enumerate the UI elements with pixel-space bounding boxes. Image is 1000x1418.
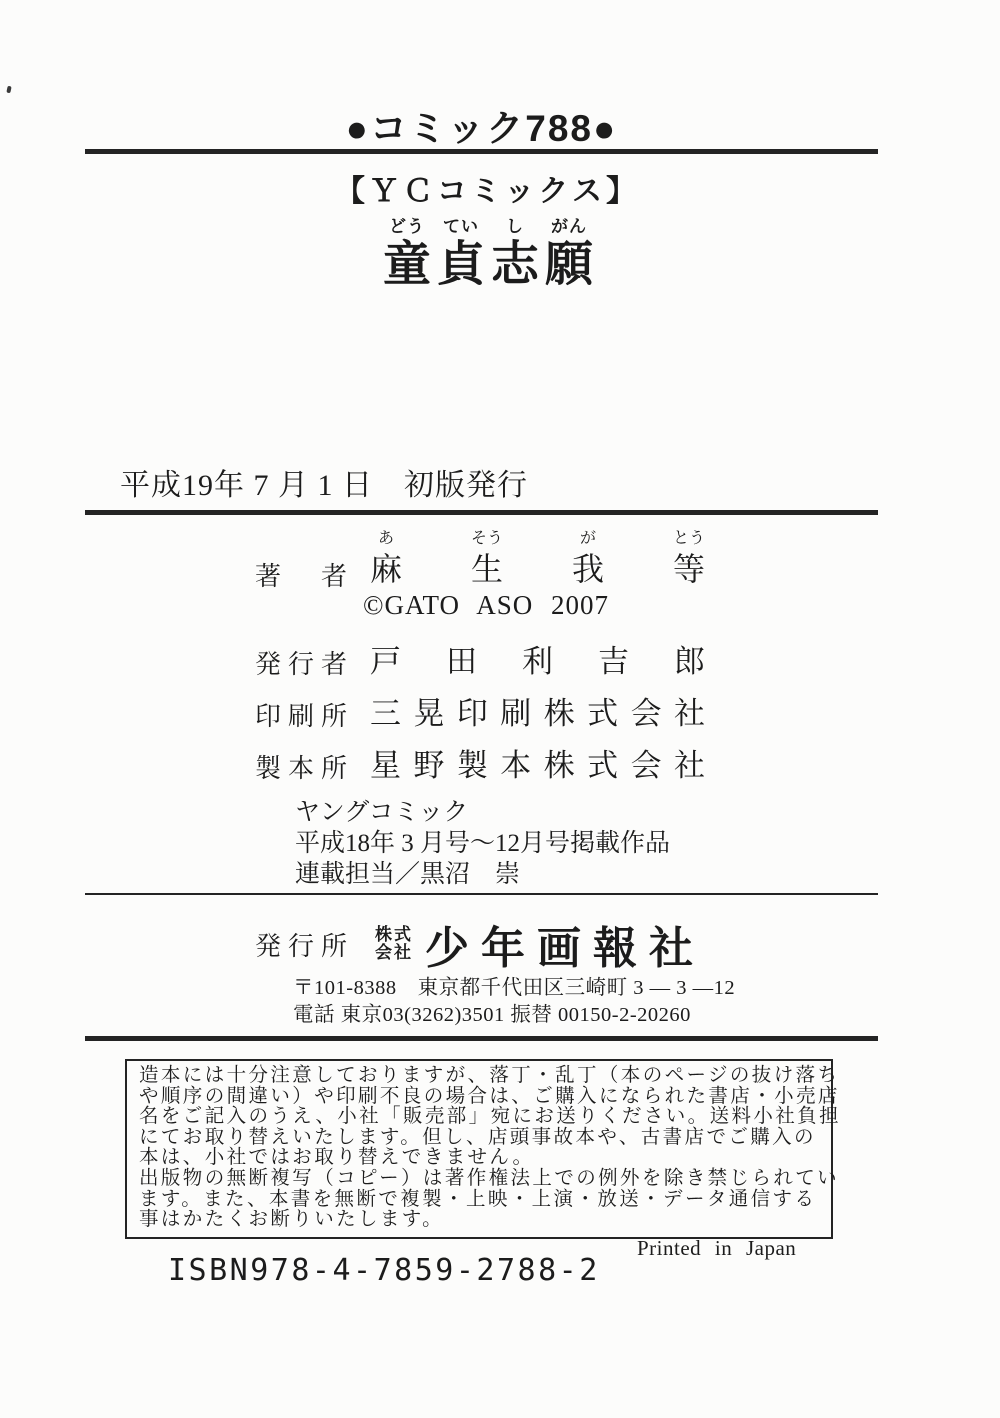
notice-line: ます。また、本書を無断で複製・上映・上演・放送・データ通信する <box>139 1190 821 1211</box>
author-char: が 我 <box>572 530 604 590</box>
corp-type-top: 株式 <box>375 926 413 944</box>
title-furigana: どう <box>389 216 425 238</box>
author-char: あ 麻 <box>370 530 402 590</box>
author-furigana: あ <box>378 530 394 548</box>
title-char: し 志 <box>491 216 539 292</box>
title-kanji: 童 <box>383 238 431 292</box>
title-kanji: 志 <box>491 238 539 292</box>
imprint-label: 【ＹＣコミックス】 <box>0 166 975 210</box>
magazine-editor: 連載担当／黒沼 崇 <box>295 859 670 890</box>
corp-type-bottom: 会社 <box>375 944 413 962</box>
author-furigana: そう <box>471 530 503 548</box>
series-label: ●コミック788● <box>0 98 963 152</box>
author-kanji: 生 <box>471 548 503 590</box>
postal-address: 〒101-8388 東京都千代田区三崎町 3 ― 3 ―12 <box>293 975 735 1002</box>
notice-line: 出版物の無断複写（コピー）は著作権法上での例外を除き禁じられてい <box>139 1169 821 1190</box>
title-kanji: 願 <box>545 238 593 292</box>
title-char: どう 童 <box>383 216 431 292</box>
author-char: とう 等 <box>673 530 705 590</box>
notice-line: 造本には十分注意しておりますが、落丁・乱丁（本のページの抜け落ち <box>139 1066 821 1087</box>
isbn-number: ISBN978-4-7859-2788-2 <box>168 1253 600 1288</box>
publisher-person-label: 発行者 <box>255 644 347 681</box>
notice-line: 事はかたくお断りいたします。 <box>139 1210 821 1231</box>
author-furigana: とう <box>673 530 705 548</box>
magazine-info: ヤングコミック 平成18年 3 月号〜12月号掲載作品 連載担当／黒沼 崇 <box>295 797 670 890</box>
divider-bottom <box>85 1036 878 1041</box>
corp-type-stack: 株式 会社 <box>375 926 413 962</box>
publishing-house-row: 発行所 株式 会社 少年画報社 <box>255 912 705 976</box>
colophon-page: ●コミック788● 【ＹＣコミックス】 どう 童 てい 貞 し 志 がん 願 平… <box>0 0 1000 1418</box>
title-furigana: てい <box>443 216 479 238</box>
publishing-house-name: 少年画報社 <box>425 912 705 976</box>
publisher-person-name: 戸田利吉郎 <box>370 636 705 681</box>
title-furigana: がん <box>551 216 587 238</box>
title-furigana: し <box>506 216 524 238</box>
author-label: 著 者 <box>255 556 347 593</box>
magazine-issues: 平成18年 3 月号〜12月号掲載作品 <box>295 828 670 859</box>
title-char: がん 願 <box>545 216 593 292</box>
divider-mid <box>85 893 878 895</box>
author-kanji: 等 <box>673 548 705 590</box>
notice-line: 名をご記入のうえ、小社「販売部」宛にお送りください。送料小社負担 <box>139 1107 821 1128</box>
author-copyright: ©GATO ASO 2007 <box>363 590 609 621</box>
notice-box: 造本には十分注意しておりますが、落丁・乱丁（本のページの抜け落ち や順序の間違い… <box>125 1059 833 1239</box>
ink-speck <box>6 86 11 94</box>
bindery-label: 製本所 <box>255 748 347 785</box>
phone-line: 電話 東京03(3262)3501 振替 00150-2-20260 <box>293 1002 735 1029</box>
author-kanji: 我 <box>572 548 604 590</box>
printed-in-japan: Printed in Japan <box>637 1236 796 1261</box>
author-char: そう 生 <box>471 530 503 590</box>
bindery-name: 星野製本株式会社 <box>370 740 705 785</box>
author-kanji: 麻 <box>370 548 402 590</box>
author-furigana: が <box>580 530 596 548</box>
divider-edition <box>85 510 878 515</box>
printer-label: 印刷所 <box>255 696 347 733</box>
notice-line: や順序の間違い）や印刷不良の場合は、ご購入になられた書店・小売店 <box>139 1087 821 1108</box>
author-name: あ 麻 そう 生 が 我 とう 等 <box>370 530 705 590</box>
notice-line: にてお取り替えいたします。但し、店頭事故本や、古書店でご購入の <box>139 1128 821 1149</box>
printer-name: 三晃印刷株式会社 <box>370 688 705 733</box>
publisher-address: 〒101-8388 東京都千代田区三崎町 3 ― 3 ―12 電話 東京03(3… <box>293 975 735 1029</box>
edition-date: 平成19年 7 月 1 日 初版発行 <box>120 460 528 504</box>
divider-top <box>85 149 878 154</box>
book-title: どう 童 てい 貞 し 志 がん 願 <box>383 216 593 292</box>
publishing-house-label: 発行所 <box>255 926 347 963</box>
magazine-name: ヤングコミック <box>295 797 670 828</box>
notice-line: 本は、小社ではお取り替えできません。 <box>139 1148 821 1169</box>
title-char: てい 貞 <box>437 216 485 292</box>
title-kanji: 貞 <box>437 238 485 292</box>
